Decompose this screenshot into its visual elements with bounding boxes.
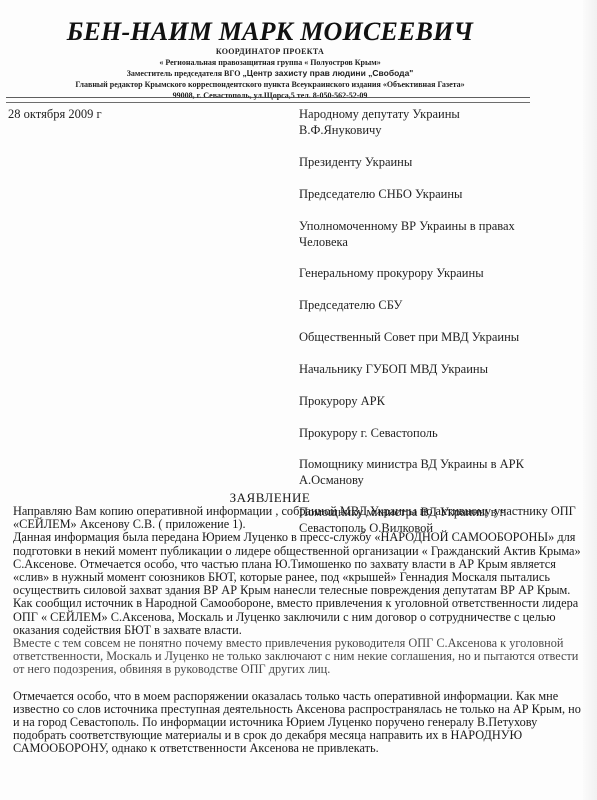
addressee-list: Народному депутату Украины В.Ф.Януковичу… (299, 106, 559, 536)
letterhead-deputy-org: „Центр захисту прав людини „Свобода" (243, 68, 414, 78)
letterhead-organization: « Региональная правозащитная группа « По… (0, 57, 540, 68)
addressee: Президенту Украины (299, 154, 559, 170)
addressee: Общественный Совет при МВД Украины (299, 329, 559, 345)
letter-date: 28 октября 2009 г (8, 107, 102, 122)
letterhead-separator (6, 97, 530, 103)
letterhead-deputy-prefix: Заместитель председателя ВГО (127, 69, 243, 78)
statement-paragraph: Данная информация была передана Юрием Лу… (13, 531, 583, 597)
addressee: Уполномоченному ВР Украины в правах Чело… (299, 218, 559, 250)
letterhead-editor-position: Главный редактор Крымского корреспондент… (0, 79, 540, 90)
author-name: БЕН-НАИМ МАРК МОИСЕЕВИЧ (0, 18, 540, 46)
statement-paragraph: Направляю Вам копию оперативной информац… (13, 505, 583, 531)
addressee: Генеральному прокурору Украины (299, 265, 559, 281)
addressee: Помощнику министра ВД Украины в АРК А.Ос… (299, 456, 559, 488)
addressee: Народному депутату Украины В.Ф.Януковичу (299, 106, 559, 138)
addressee: Начальнику ГУБОП МВД Украины (299, 361, 559, 377)
statement-paragraph: Отмечается особо, что в моем распоряжени… (13, 690, 583, 756)
author-role: КООРДИНАТОР ПРОЕКТА (0, 46, 540, 57)
addressee: Прокурору г. Севастополь (299, 425, 559, 441)
addressee: Председателю СБУ (299, 297, 559, 313)
statement-body: Направляю Вам копию оперативной информац… (13, 505, 583, 756)
letterhead: БЕН-НАИМ МАРК МОИСЕЕВИЧ КООРДИНАТОР ПРОЕ… (0, 18, 540, 101)
statement-paragraph: Как сообщил источник в Народной Самообор… (13, 597, 583, 637)
statement-paragraph: Вместе с тем совсем не понятно почему вм… (13, 637, 583, 677)
addressee: Прокурору АРК (299, 393, 559, 409)
scanned-letter-page: БЕН-НАИМ МАРК МОИСЕЕВИЧ КООРДИНАТОР ПРОЕ… (0, 0, 597, 800)
addressee: Председателю СНБО Украины (299, 186, 559, 202)
scan-edge-shadow (583, 0, 597, 800)
letterhead-deputy-position: Заместитель председателя ВГО „Центр захи… (0, 68, 540, 79)
